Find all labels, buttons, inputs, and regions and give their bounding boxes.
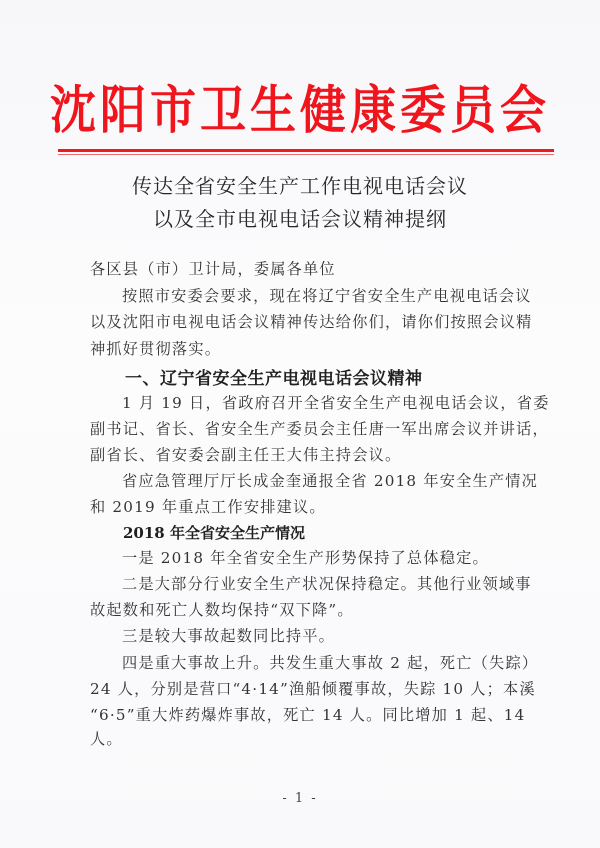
intro-line-3: 神抓好贯彻落实。 <box>90 336 520 362</box>
salutation: 各区县（市）卫计局，委属各单位 <box>90 256 520 282</box>
point-1: 一是 2018 年全省安全生产形势保持了总体稳定。 <box>122 545 552 571</box>
document-page: 沈阳市卫生健康委员会 传达全省安全生产工作电视电话会议 以及全市电视电话会议精神… <box>0 0 600 848</box>
para1-line-2: 副书记、省长、省安全生产委员会主任唐一军出席会议并讲话， <box>90 416 520 442</box>
masthead-org-name: 沈阳市卫生健康委员会 <box>0 76 600 143</box>
intro-line-1: 按照市安委会要求，现在将辽宁省安全生产电视电话会议 <box>122 283 552 309</box>
point-3: 三是较大事故起数同比持平。 <box>122 623 552 649</box>
masthead-red-rule-thin <box>58 154 554 155</box>
para1-line-1: 1 月 19 日，省政府召开全省安全生产电视电话会议，省委 <box>122 390 552 416</box>
para2-line-2: 和 2019 年重点工作安排建议。 <box>90 494 520 520</box>
point-4-line-2: 24 人，分别是营口“4·14”渔船倾覆事故，失踪 10 人；本溪 <box>90 676 520 702</box>
subheading-2018-safety: 2018 年全省安全生产情况 <box>123 522 305 543</box>
section-heading-1: 一、辽宁省安全生产电视电话会议精神 <box>125 364 423 389</box>
document-title-line-1: 传达全省安全生产工作电视电话会议 <box>0 170 600 199</box>
para1-line-3: 副省长、省安委会副主任王大伟主持会议。 <box>90 442 520 468</box>
page-number: - 1 - <box>0 791 600 806</box>
masthead-red-rule <box>58 149 554 152</box>
point-4-line-3: “6·5”重大炸药爆炸事故，死亡 14 人。同比增加 1 起、14 <box>90 702 520 728</box>
intro-line-2: 以及沈阳市电视电话会议精神传达给你们，请你们按照会议精 <box>90 309 520 335</box>
para2-line-1: 省应急管理厅厅长成金奎通报全省 2018 年安全生产情况 <box>122 468 552 494</box>
point-2-line-1: 二是大部分行业安全生产状况保持稳定。其他行业领域事 <box>122 571 552 597</box>
point-4-line-4: 人。 <box>90 726 520 752</box>
point-4-line-1: 四是重大事故上升。共发生重大事故 2 起，死亡（失踪） <box>122 650 552 676</box>
point-2-line-2: 故起数和死亡人数均保持“双下降”。 <box>90 597 520 623</box>
document-title-line-2: 以及全市电视电话会议精神提纲 <box>0 203 600 232</box>
